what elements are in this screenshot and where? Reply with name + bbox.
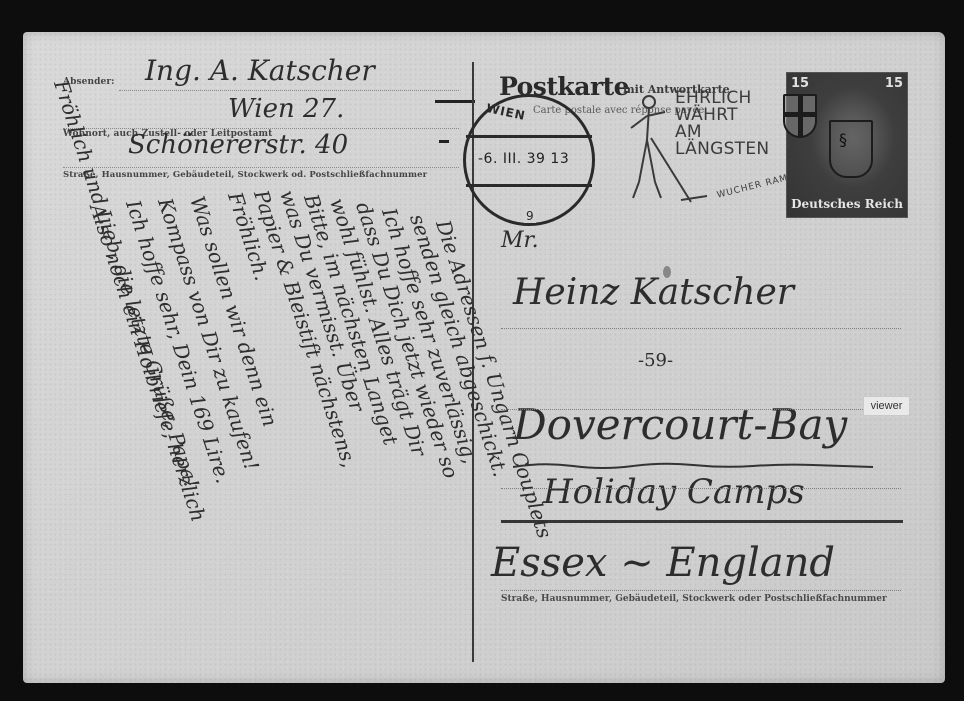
sender-street: Schönererstr. 40 <box>128 130 348 160</box>
recipient-number: -59- <box>638 350 673 371</box>
stamp-value-left: 15 <box>791 76 809 91</box>
address-solid-line <box>501 520 903 523</box>
divider-tick <box>439 140 449 143</box>
divider-tick <box>435 100 475 103</box>
slogan-line: LÄNGSTEN <box>675 141 769 158</box>
recipient-region: Essex ~ England <box>491 540 835 586</box>
sender-street-line <box>63 167 459 168</box>
sender-city: Wien 27. <box>228 94 344 124</box>
coat-of-arms-icon: § <box>829 120 873 178</box>
recipient-venue: Holiday Camps <box>543 472 805 512</box>
slogan-banner: WUCHER RAM <box>716 173 789 200</box>
postcard: Absender: Ing. A. Katscher Wien 27. Wohn… <box>23 32 945 683</box>
postmark: WIEN -6. III. 39 13 9 <box>463 94 595 226</box>
sender-name-line <box>119 90 459 91</box>
cross-shield-icon <box>783 94 817 138</box>
address-line-4 <box>501 590 901 591</box>
viewer-tooltip: viewer <box>863 396 910 416</box>
postmark-date: -6. III. 39 13 <box>478 151 569 167</box>
slogan-cancel: EHRLICH WÄHRT AM LÄNGSTEN <box>675 90 769 158</box>
stamp-country: Deutsches Reich <box>787 197 907 211</box>
underline-flourish <box>513 462 873 470</box>
handwritten-message: Die Adressen f. Ungarn Couplets senden g… <box>36 187 456 657</box>
address-line-1 <box>501 328 901 329</box>
stamp-value-right: 15 <box>885 76 903 91</box>
postmark-city: WIEN <box>485 101 527 123</box>
address-footer-label: Straße, Hausnummer, Gebäudeteil, Stockwe… <box>501 594 887 604</box>
recipient-name: Heinz Katscher <box>513 272 794 313</box>
postmark-code: 9 <box>524 209 536 223</box>
address-line-2 <box>501 409 901 410</box>
sender-name: Ing. A. Katscher <box>145 54 375 87</box>
street-label: Straße, Hausnummer, Gebäudeteil, Stockwe… <box>63 170 427 180</box>
address-line-3 <box>501 488 901 489</box>
recipient-place: Dovercourt-Bay <box>513 400 847 449</box>
recipient-salutation: Mr. <box>501 228 539 253</box>
